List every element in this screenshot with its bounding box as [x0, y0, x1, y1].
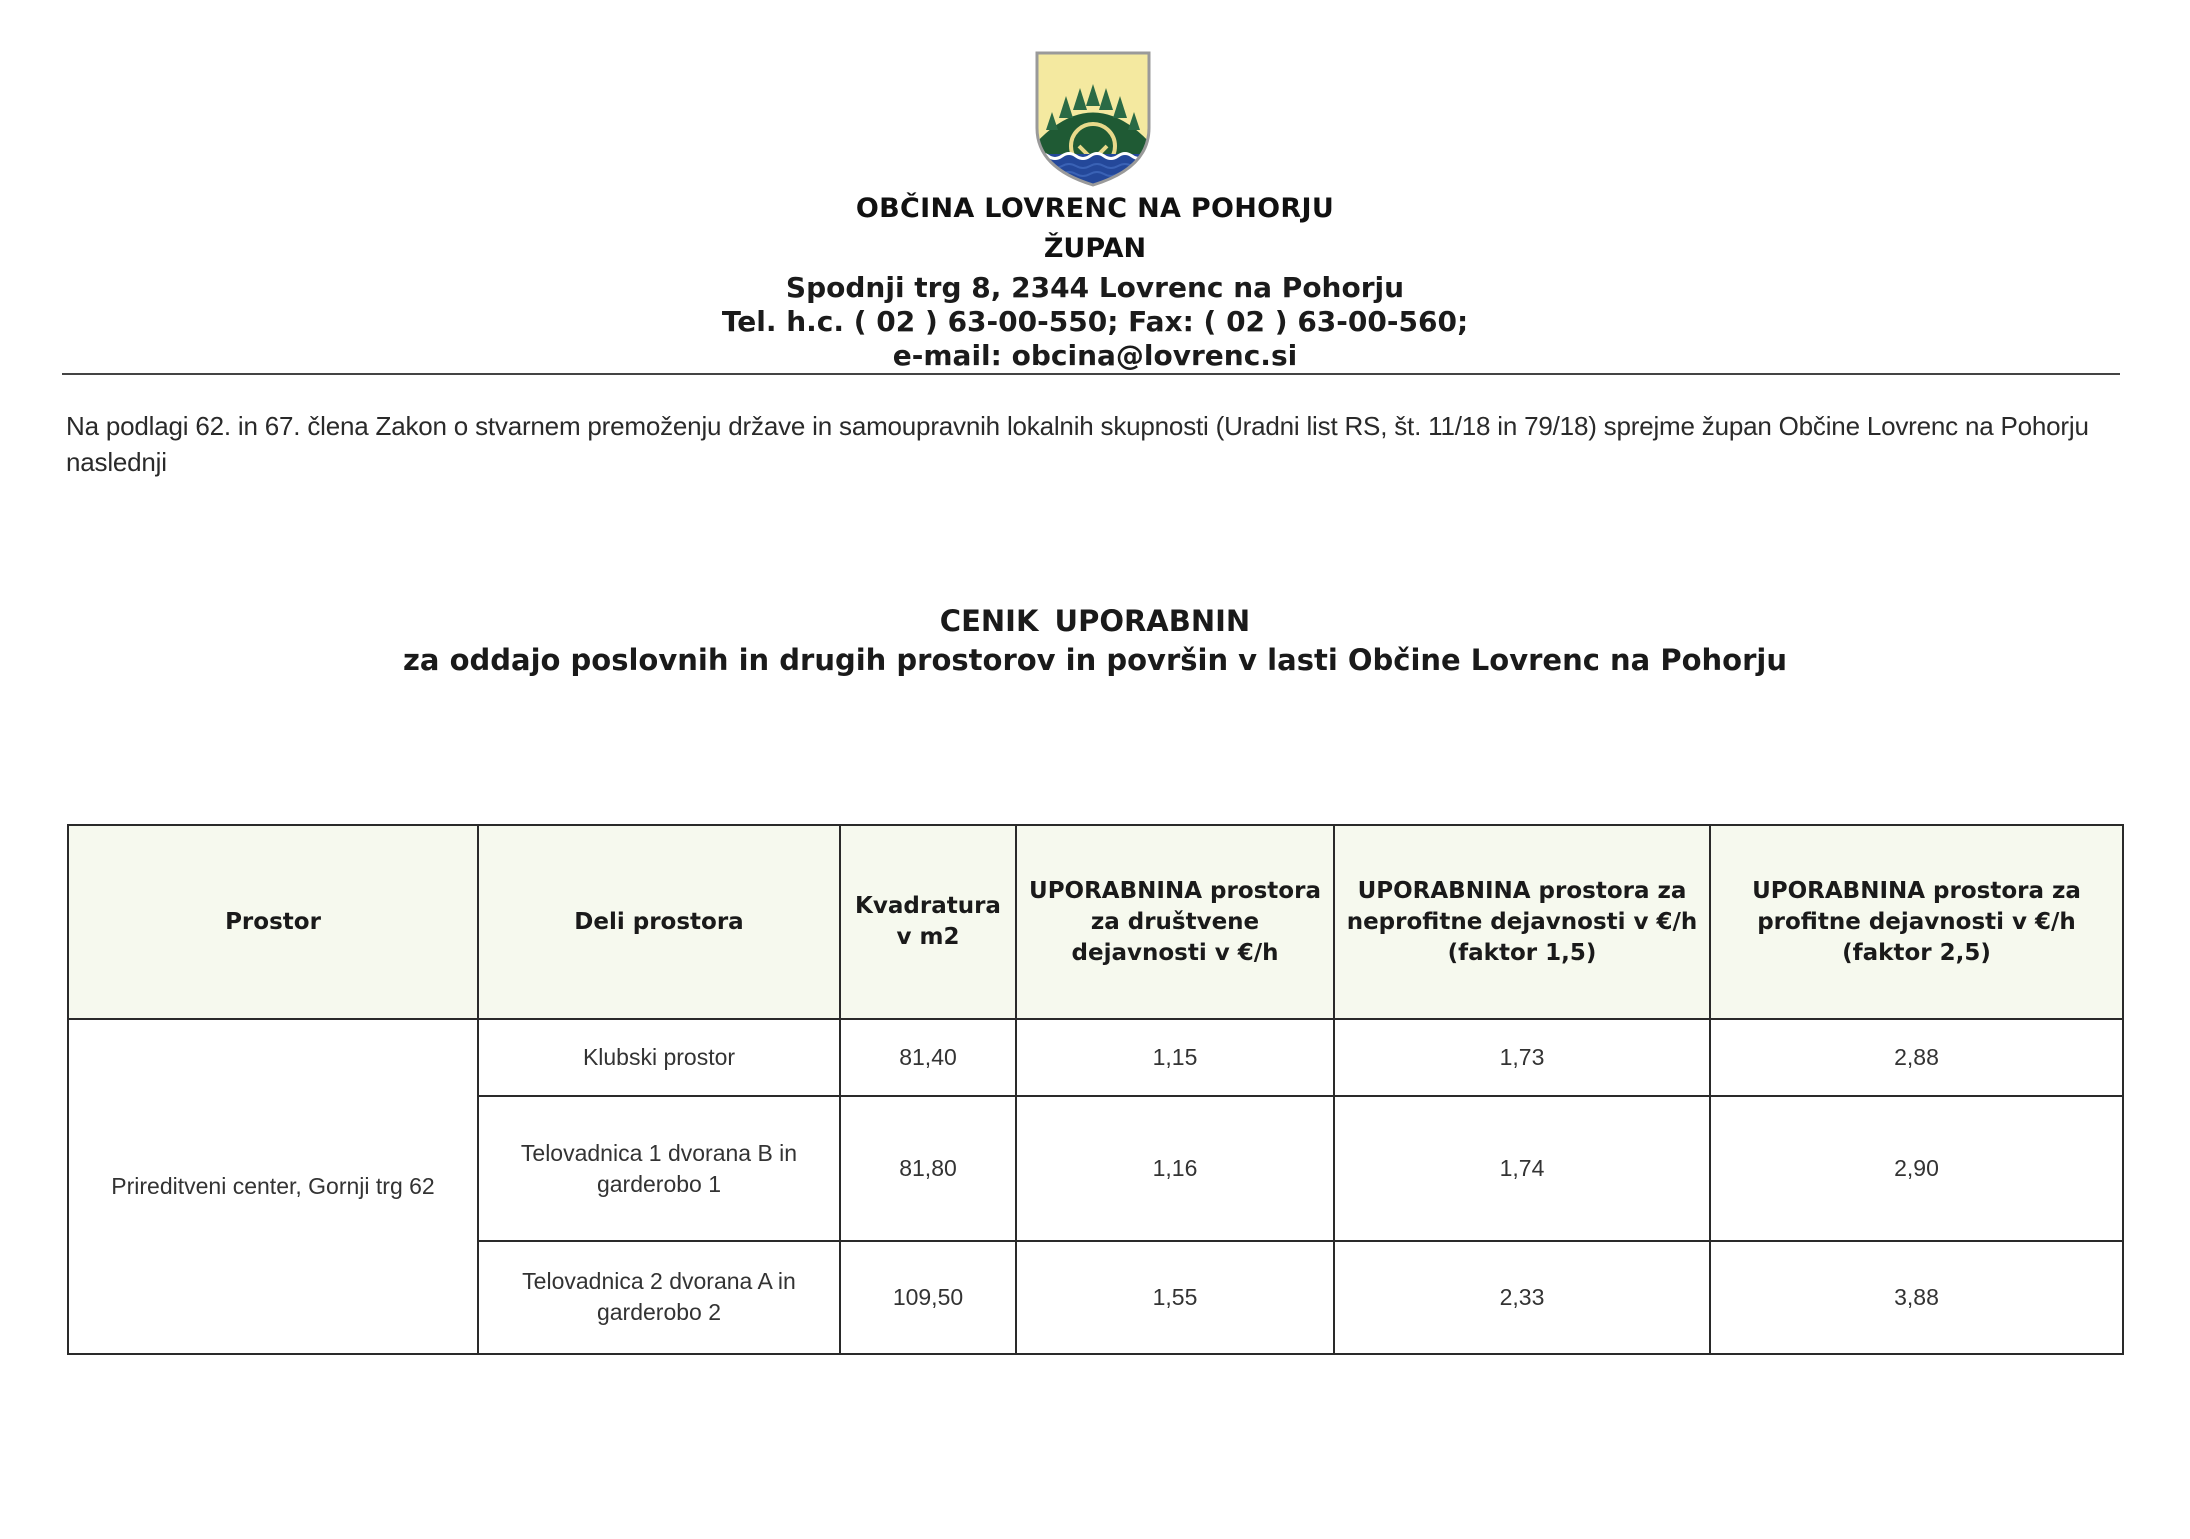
price-list-table: Prostor Deli prostora Kvadratura v m2 UP… — [67, 824, 2124, 1355]
cell-location: Prireditveni center, Gornji trg 62 — [68, 1019, 478, 1354]
cell-area: 81,80 — [840, 1096, 1016, 1241]
organization-address: Spodnji trg 8, 2344 Lovrenc na Pohorju — [0, 271, 2190, 304]
cell-profitne: 3,88 — [1710, 1241, 2123, 1354]
cell-drustvene: 1,55 — [1016, 1241, 1334, 1354]
cell-area: 81,40 — [840, 1019, 1016, 1096]
preamble-text: Na podlagi 62. in 67. člena Zakon o stva… — [66, 408, 2126, 480]
cell-area: 109,50 — [840, 1241, 1016, 1354]
cell-part: Telovadnica 2 dvorana A in garderobo 2 — [478, 1241, 840, 1354]
cell-profitne: 2,88 — [1710, 1019, 2123, 1096]
header-drustvene: UPORABNINA prostora za društvene dejavno… — [1016, 825, 1334, 1019]
cell-profitne: 2,90 — [1710, 1096, 2123, 1241]
cell-neprofitne: 1,73 — [1334, 1019, 1710, 1096]
document-subtitle: za oddajo poslovnih in drugih prostorov … — [0, 643, 2190, 677]
cell-drustvene: 1,15 — [1016, 1019, 1334, 1096]
cell-neprofitne: 1,74 — [1334, 1096, 1710, 1241]
organization-email: e-mail: obcina@lovrenc.si — [0, 339, 2190, 372]
cell-drustvene: 1,16 — [1016, 1096, 1334, 1241]
header-deli-prostora: Deli prostora — [478, 825, 840, 1019]
header-prostor: Prostor — [68, 825, 478, 1019]
coat-of-arms-icon — [1034, 50, 1152, 188]
organization-name: OBČINA LOVRENC NA POHORJU — [0, 193, 2190, 224]
cell-part: Telovadnica 1 dvorana B in garderobo 1 — [478, 1096, 840, 1241]
header-neprofitne: UPORABNINA prostora za neprofitne dejavn… — [1334, 825, 1710, 1019]
letterhead-divider — [62, 373, 2120, 375]
header-kvadratura: Kvadratura v m2 — [840, 825, 1016, 1019]
document-title: CENIK UPORABNIN — [0, 604, 2190, 638]
organization-phone-fax: Tel. h.c. ( 02 ) 63-00-550; Fax: ( 02 ) … — [0, 305, 2190, 338]
cell-part: Klubski prostor — [478, 1019, 840, 1096]
cell-neprofitne: 2,33 — [1334, 1241, 1710, 1354]
header-profitne: UPORABNINA prostora za profitne dejavnos… — [1710, 825, 2123, 1019]
organization-role: ŽUPAN — [0, 233, 2190, 264]
table-header-row: Prostor Deli prostora Kvadratura v m2 UP… — [68, 825, 2123, 1019]
table-row: Prireditveni center, Gornji trg 62 Klubs… — [68, 1019, 2123, 1096]
